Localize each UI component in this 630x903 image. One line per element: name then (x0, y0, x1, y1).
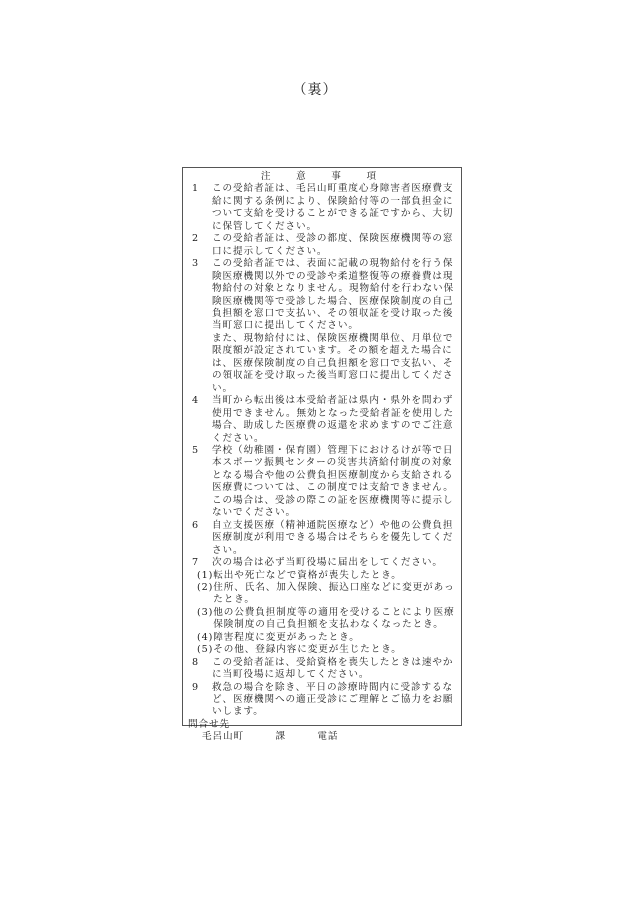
item-extra-text: また、現物給付には、保険医療機関単位、月単位で限度額が設定されています。その額を… (212, 333, 457, 395)
notice-subitem-4: (4) 障害程度に変更があったとき。 (188, 632, 457, 644)
subitem-text: 転出や死亡などで資格が喪失したとき。 (213, 570, 457, 582)
item-text: 救急の場合を除き、平日の診療時間内に受診するなど、医療機関への適正受診にご理解と… (206, 682, 457, 719)
item-text: 当町から転出後は本受給者証は県内・県外を問わず使用できません。無効となった受給者… (206, 395, 457, 445)
subitem-number: (5) (197, 644, 213, 656)
item-number: 8 (188, 657, 206, 682)
page-side-label: （裏） (0, 79, 630, 99)
subitem-text: その他、登録内容に変更が生じたとき。 (213, 644, 457, 656)
notice-item-4: 4 当町から転出後は本受給者証は県内・県外を問わず使用できません。無効となった受… (188, 395, 457, 445)
notice-item-3: 3 この受給者証では、表面に記載の現物給付を行う保険医療機関以外での受診や柔道整… (188, 258, 457, 395)
notice-subitem-3: (3) 他の公費負担制度等の適用を受けることにより医療保険制度の自己負担額を支払… (188, 607, 457, 632)
notice-title: 注 意 事 項 (188, 171, 457, 183)
item-number: 1 (188, 183, 206, 233)
notice-item-6: 6 自立支援医療（精神通院医療など）や他の公費負担医療制度が利用できる場合はそち… (188, 520, 457, 557)
item-body: この受給者証では、表面に記載の現物給付を行う保険医療機関以外での受診や柔道整復等… (206, 258, 457, 395)
contact-line: 毛呂山町 課 電話 (188, 731, 457, 743)
item-number: 4 (188, 395, 206, 445)
notice-item-5: 5 学校（幼稚園・保育園）管理下におけるけが等で日本スポーツ振興センターの災害共… (188, 445, 457, 520)
subitem-text: 障害程度に変更があったとき。 (213, 632, 457, 644)
subitem-number: (3) (197, 607, 213, 632)
notice-box: 注 意 事 項 1 この受給者証は、毛呂山町重度心身障害者医療費支給に関する条例… (182, 167, 462, 726)
item-text: 自立支援医療（精神通院医療など）や他の公費負担医療制度が利用できる場合はそちらを… (206, 520, 457, 557)
notice-subitem-1: (1) 転出や死亡などで資格が喪失したとき。 (188, 570, 457, 582)
item-number: 9 (188, 682, 206, 719)
item-text: この受給者証は、受給資格を喪失したときは速やかに当町役場に返却してください。 (206, 657, 457, 682)
notice-item-9: 9 救急の場合を除き、平日の診療時間内に受診するなど、医療機関への適正受診にご理… (188, 682, 457, 719)
item-text: 次の場合は必ず当町役場に届出をしてください。 (206, 557, 457, 569)
contact-label: 問合せ先 (188, 719, 457, 731)
notice-item-1: 1 この受給者証は、毛呂山町重度心身障害者医療費支給に関する条例により、保険給付… (188, 183, 457, 233)
item-number: 2 (188, 233, 206, 258)
item-number: 7 (188, 557, 206, 569)
item-text: この受給者証は、受診の都度、保険医療機関等の窓口に提示してください。 (206, 233, 457, 258)
item-text: この受給者証では、表面に記載の現物給付を行う保険医療機関以外での受診や柔道整復等… (212, 258, 457, 333)
item-text: この受給者証は、毛呂山町重度心身障害者医療費支給に関する条例により、保険給付等の… (206, 183, 457, 233)
item-text: 学校（幼稚園・保育園）管理下におけるけが等で日本スポーツ振興センターの災害共済給… (206, 445, 457, 520)
notice-subitem-2: (2) 住所、氏名、加入保険、振込口座などに変更があったとき。 (188, 582, 457, 607)
notice-item-8: 8 この受給者証は、受給資格を喪失したときは速やかに当町役場に返却してください。 (188, 657, 457, 682)
subitem-number: (2) (197, 582, 213, 607)
subitem-text: 住所、氏名、加入保険、振込口座などに変更があったとき。 (213, 582, 457, 607)
subitem-number: (1) (197, 570, 213, 582)
notice-subitem-5: (5) その他、登録内容に変更が生じたとき。 (188, 644, 457, 656)
notice-item-2: 2 この受給者証は、受診の都度、保険医療機関等の窓口に提示してください。 (188, 233, 457, 258)
notice-item-7: 7 次の場合は必ず当町役場に届出をしてください。 (188, 557, 457, 569)
item-number: 3 (188, 258, 206, 395)
item-number: 6 (188, 520, 206, 557)
subitem-number: (4) (197, 632, 213, 644)
item-number: 5 (188, 445, 206, 520)
subitem-text: 他の公費負担制度等の適用を受けることにより医療保険制度の自己負担額を支払わなくな… (213, 607, 457, 632)
